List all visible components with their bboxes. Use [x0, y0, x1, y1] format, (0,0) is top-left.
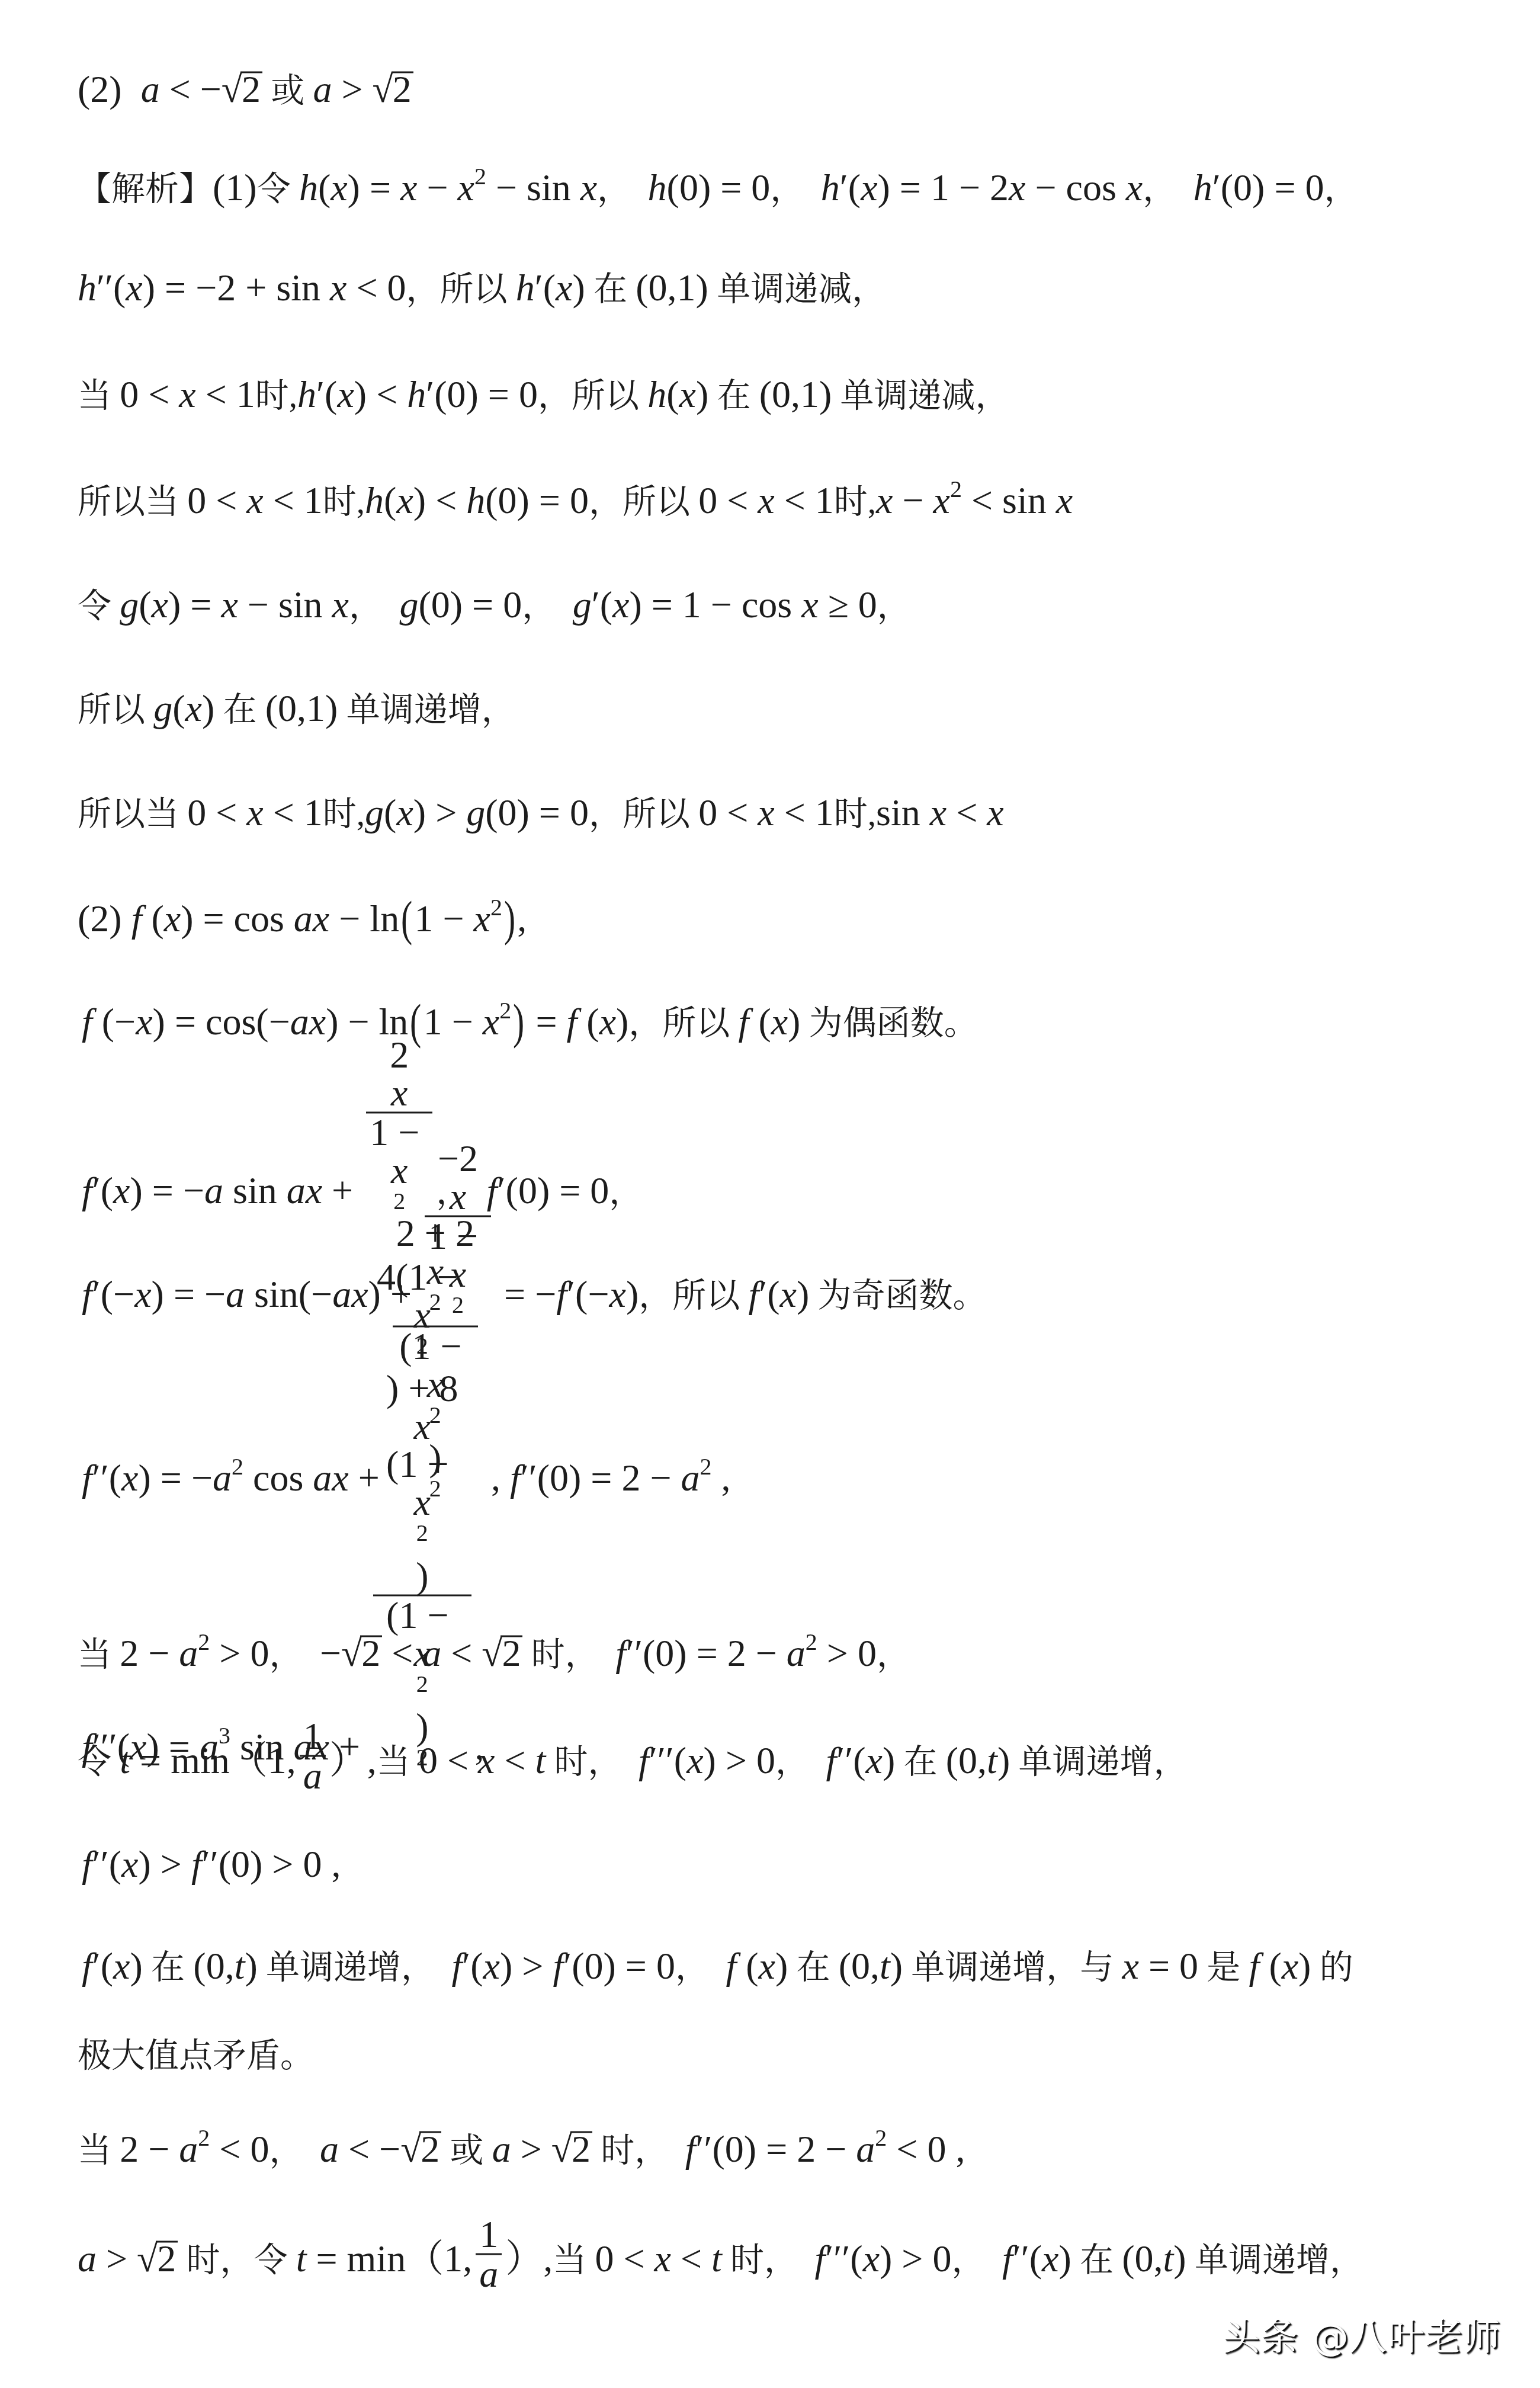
chinese-text: 令	[257, 171, 299, 208]
math-text: 0 <	[595, 2238, 654, 2280]
math-text: （1,	[230, 1739, 296, 1781]
math-variable: a	[422, 1632, 441, 1674]
chinese-text: 单调递增，	[258, 1949, 452, 1986]
chinese-text: 在	[708, 377, 759, 415]
math-text: 0 <	[419, 1739, 478, 1781]
math-text: )	[1298, 1945, 1311, 1987]
math-variable: a	[303, 1755, 322, 1797]
math-text: <	[947, 791, 987, 834]
contradiction-line: 极大值点矛盾。	[78, 2033, 314, 2080]
chinese-text: 当	[78, 1636, 120, 1674]
math-variable: h	[299, 166, 318, 209]
radicand: 2	[570, 2131, 592, 2165]
math-variable: a	[179, 1632, 198, 1674]
math-text: ′(	[92, 1945, 113, 1987]
math-variable: a	[681, 1457, 700, 1499]
math-variable: x	[1282, 1945, 1298, 1987]
chinese-text: 时,	[323, 796, 365, 833]
math-text: − sin	[486, 166, 580, 209]
math-text: ) = cos	[181, 897, 294, 940]
math-variable: f	[1002, 2238, 1013, 2280]
chinese-text: 为偶函数。	[800, 1005, 977, 1042]
math-text: ,	[482, 1457, 510, 1499]
superscript: 2	[416, 1332, 428, 1359]
fraction-numerator: 2 x	[366, 1036, 432, 1114]
math-variable: x	[179, 373, 195, 415]
math-variable: f	[82, 1945, 92, 1987]
math-variable: x	[331, 166, 347, 209]
math-text: ) =	[168, 584, 221, 626]
math-text: ′(	[840, 166, 861, 209]
math-variable: h	[516, 267, 535, 309]
math-text: (0,	[839, 1945, 880, 1987]
fraction-numerator: −2 x	[425, 1140, 491, 1217]
math-text: ′(	[462, 1945, 483, 1987]
math-variable: a	[787, 1632, 806, 1674]
math-text: ′′′(	[649, 1739, 686, 1781]
math-variable: x	[987, 791, 1003, 834]
case-positive-line: 当 2 − a 2 > 0 ， −√ 2 < a < √ 2 时， f ′′(0…	[78, 1630, 910, 1679]
math-text: <	[382, 1632, 422, 1674]
chinese-text: ，	[349, 588, 400, 625]
chinese-text: 时,	[834, 796, 876, 833]
chinese-text: 时,	[323, 483, 365, 521]
math-text: ) >	[413, 791, 466, 834]
math-variable: t	[535, 1739, 546, 1781]
math-text: 1 −	[414, 897, 473, 940]
math-text: > 0	[817, 1632, 877, 1674]
chinese-text: 或	[262, 72, 313, 110]
chinese-text: ，	[951, 2242, 1002, 2279]
case-positive-t-line: 令 t = min （1, 1 a ）, 当 0 < x < t 时， f ′′…	[78, 1717, 1187, 1795]
superscript: 2	[499, 997, 511, 1024]
math-variable: a	[492, 2128, 511, 2170]
chinese-text: 令	[78, 1743, 120, 1781]
math-variable: f	[82, 1843, 92, 1885]
chinese-text: ，	[877, 588, 911, 625]
chinese-text: 所以	[78, 691, 153, 729]
h-second-derivative-line: h ′′( x ) = −2 + sin x < 0 ，所以 h ′( x ) …	[78, 264, 885, 313]
math-variable: x	[450, 1175, 466, 1217]
math-variable: f	[685, 2128, 696, 2170]
math-text: (2)	[78, 897, 131, 940]
math-text: ）,	[329, 1739, 377, 1781]
math-variable: x	[474, 897, 490, 940]
math-variable: x	[221, 584, 238, 626]
superscript: 2	[875, 2124, 887, 2151]
math-variable: x	[458, 166, 474, 209]
math-text: ′′(0) = 2 −	[696, 2128, 856, 2170]
fraction-numerator: 1	[476, 2216, 502, 2255]
case-negative-t-line: a > √ 2 时，令 t = min （1, 1 a ）, 当 0 < x <…	[78, 2216, 1363, 2293]
math-variable: x	[414, 1481, 431, 1523]
math-variable: x	[246, 791, 263, 834]
chinese-text: ，所以	[589, 796, 698, 833]
chinese-text: ，	[877, 1636, 910, 1674]
math-text: 0 <	[187, 791, 246, 834]
math-text: )	[1058, 2238, 1071, 2280]
superscript: 2	[198, 1629, 210, 1655]
math-text: − cos	[1025, 166, 1125, 209]
math-text: <	[671, 2238, 711, 2280]
math-variable: x	[780, 1273, 797, 1315]
math-variable: x	[330, 267, 346, 309]
chinese-text: 所以当	[78, 796, 187, 833]
math-text: )	[890, 1945, 903, 1987]
math-variable: h	[647, 373, 666, 415]
math-variable: h	[365, 479, 384, 521]
math-variable: h	[821, 166, 840, 209]
superscript: 2	[198, 2124, 210, 2151]
chinese-text: 所以当	[78, 483, 187, 521]
math-text: ≥ 0	[819, 584, 877, 626]
math-variable: x	[933, 479, 950, 521]
math-text: 2 + 2	[396, 1212, 474, 1254]
math-text: ) =	[348, 166, 400, 209]
math-text: > √	[97, 2238, 158, 2280]
math-text: < √	[441, 1632, 502, 1674]
f-increasing-line: f ′( x ) 在 (0, t ) 单调递增， f ′( x ) > f ′(…	[82, 1943, 1353, 1992]
chinese-text: 当	[78, 377, 120, 415]
superscript: 2	[490, 894, 502, 921]
math-text: ′′(0) = 2 −	[626, 1632, 787, 1674]
chinese-text: 时，	[546, 1743, 639, 1781]
math-variable: ax	[294, 897, 329, 940]
part2-f-definition-line: (2) f ( x ) = cos ax − ln ( 1 − x 2 ) ,	[78, 895, 527, 943]
math-variable: g	[153, 687, 172, 729]
math-text: − sin	[238, 584, 332, 626]
math-text: ′(	[759, 1273, 779, 1315]
math-text: ) > 0	[880, 2238, 951, 2280]
math-variable: x	[654, 2238, 671, 2280]
chinese-text: ，	[522, 588, 573, 625]
chinese-text: 时,	[834, 483, 876, 521]
chinese-text: 的	[1311, 1949, 1353, 1986]
math-text: < 1	[775, 479, 834, 521]
fraction: 1 a	[476, 2216, 502, 2293]
math-text: (	[318, 166, 331, 209]
math-variable: t	[235, 1945, 245, 1987]
radicand: 2	[392, 72, 413, 105]
math-variable: x	[164, 897, 181, 940]
math-text: )	[788, 1001, 800, 1043]
math-variable: a	[479, 2253, 498, 2295]
chinese-text: ，	[597, 171, 648, 208]
document-page: (2) a < −√ 2 或 a > √ 2 【解析】 (1) 令 h ( x …	[0, 0, 1540, 2388]
math-text: )	[775, 1945, 788, 1987]
chinese-text: ，	[269, 1636, 320, 1674]
superscript: 2	[700, 1453, 712, 1480]
math-variable: x	[1009, 166, 1025, 209]
chinese-text: 时，	[592, 2132, 685, 2169]
chinese-text: ，所以	[589, 483, 698, 521]
math-text: ) >	[139, 1843, 191, 1885]
math-variable: h	[466, 479, 485, 521]
math-text: < −√	[160, 68, 242, 110]
math-text: < 1	[264, 791, 323, 834]
math-variable: x	[758, 1945, 775, 1987]
math-variable: x	[876, 479, 893, 521]
math-variable: x	[113, 1945, 130, 1987]
math-text: ′(	[535, 267, 556, 309]
math-variable: x	[483, 1945, 500, 1987]
chinese-text: 在	[895, 1743, 946, 1781]
math-text: ,	[517, 897, 527, 940]
math-text: < 0	[887, 2128, 946, 2170]
math-variable: x	[414, 1405, 431, 1447]
math-variable: a	[141, 68, 160, 110]
math-variable: x	[400, 166, 417, 209]
math-variable: h	[78, 267, 97, 309]
math-text: (	[172, 687, 185, 729]
math-variable: x	[863, 2238, 880, 2280]
chinese-text: 令	[78, 588, 120, 625]
chinese-text: 或	[441, 2132, 492, 2169]
math-variable: x	[930, 791, 947, 834]
chinese-text: 当	[377, 1743, 419, 1781]
math-text: 0 <	[187, 479, 246, 521]
math-variable: x	[121, 1843, 138, 1885]
math-text: > √	[332, 68, 393, 110]
radicand: 2	[156, 2241, 178, 2275]
math-text: )	[696, 373, 708, 415]
math-variable: t	[880, 1945, 890, 1987]
math-text: (0,	[193, 1945, 234, 1987]
math-variable: x	[478, 1739, 495, 1781]
math-variable: x	[396, 791, 413, 834]
math-text: (0,1)	[636, 267, 708, 309]
math-variable: f	[726, 1945, 736, 1987]
math-text: ′′(	[97, 267, 126, 309]
math-variable: x	[556, 267, 572, 309]
math-variable: f	[1249, 1945, 1260, 1987]
math-variable: h	[648, 166, 667, 209]
watermark: 头条 @八叶老师	[1223, 2308, 1501, 2361]
math-variable: x	[866, 1739, 883, 1781]
math-variable: x	[396, 479, 413, 521]
math-variable: h	[297, 373, 316, 415]
math-variable: t	[1163, 2238, 1174, 2280]
math-text: 2 −	[120, 1632, 179, 1674]
math-variable: a	[856, 2128, 875, 2170]
chinese-text: 在	[788, 1949, 839, 1986]
math-text: > √	[511, 2128, 572, 2170]
math-variable: f	[191, 1843, 202, 1885]
math-variable: x	[679, 373, 696, 415]
math-text: ) = 1 − 2	[878, 166, 1009, 209]
math-variable: f	[639, 1739, 649, 1781]
math-text: = 0	[1139, 1945, 1198, 1987]
math-text: ,	[322, 1843, 341, 1885]
math-variable: f	[748, 1273, 759, 1315]
math-text: (0,1)	[759, 373, 832, 415]
math-variable: x	[414, 1294, 431, 1336]
math-text: )	[572, 267, 585, 309]
math-variable: x	[332, 584, 349, 626]
math-text: ) + 8	[386, 1367, 458, 1409]
math-text: (	[384, 479, 396, 521]
math-variable: x	[126, 267, 142, 309]
math-text: (0,	[1122, 2238, 1163, 2280]
h-prime-negative-line: 当 0 < x < 1 时, h ′( x ) < h ′(0) = 0 ，所以…	[78, 371, 1009, 420]
math-text: （1,	[406, 2238, 472, 2280]
math-text: ′(0) = 0	[1212, 166, 1324, 209]
math-text: ) <	[413, 479, 466, 521]
math-variable: x	[337, 373, 354, 415]
radicand: 2	[500, 1636, 522, 1669]
superscript: 2	[950, 476, 962, 502]
math-text: )	[997, 1739, 1010, 1781]
chinese-text: 在	[585, 271, 636, 308]
math-text: ）,	[505, 2238, 553, 2280]
math-variable: g	[365, 791, 384, 834]
chinese-text: ，	[675, 1949, 726, 1986]
fraction: 1 a	[300, 1717, 326, 1795]
math-variable: t	[296, 2238, 307, 2280]
math-text: (0) = 0	[418, 584, 522, 626]
chinese-text: 时，	[722, 2242, 815, 2279]
math-text: < 1	[264, 479, 323, 521]
math-text: sin	[876, 791, 930, 834]
math-text: 1	[479, 2213, 498, 2255]
chinese-text: 在	[214, 691, 265, 729]
math-variable: x	[1122, 1945, 1139, 1987]
math-text: −√	[320, 1632, 362, 1674]
fraction-numerator: 1	[300, 1717, 326, 1757]
math-text: )	[1173, 2238, 1186, 2280]
math-variable: g	[573, 584, 592, 626]
math-text: ) >	[500, 1945, 553, 1987]
radicand: 2	[240, 72, 262, 105]
chinese-text: 单调递增，	[1186, 2242, 1363, 2279]
fraction-denominator: a	[300, 1757, 326, 1795]
math-variable: f	[510, 1457, 521, 1499]
math-variable: f	[553, 1945, 563, 1987]
math-variable: f	[615, 1632, 626, 1674]
chinese-text: 时，	[522, 1636, 615, 1674]
math-variable: x	[771, 1001, 788, 1043]
math-text: < sin	[962, 479, 1056, 521]
math-text: ,	[712, 1457, 731, 1499]
math-text: 2	[390, 1034, 409, 1076]
big-paren-close: )	[504, 888, 515, 950]
math-text: (0,	[946, 1739, 987, 1781]
math-text: ,	[946, 2128, 965, 2170]
math-text: ′′(0) = 2 −	[521, 1457, 681, 1499]
superscript: 2	[806, 1629, 817, 1655]
math-text: (	[142, 897, 163, 940]
math-text: ′′(	[836, 1739, 865, 1781]
math-variable: x	[391, 1072, 408, 1114]
math-variable: g	[466, 791, 485, 834]
math-text: ) > 0	[704, 1739, 775, 1781]
g-definition-line: 令 g ( x ) = x − sin x ， g (0) = 0 ， g ′(…	[78, 581, 911, 630]
math-variable: f	[131, 897, 142, 940]
chinese-text: 单调递增，	[1010, 1743, 1187, 1781]
chinese-text: ，	[1143, 171, 1193, 208]
chinese-text: ，	[269, 2132, 320, 2169]
math-text: ) = −2 + sin	[143, 267, 330, 309]
math-variable: x	[758, 791, 774, 834]
math-text: )	[245, 1945, 257, 1987]
chinese-text: 在	[1071, 2242, 1122, 2279]
chinese-text: 在	[143, 1949, 194, 1986]
chinese-text: 单调递减，	[708, 271, 885, 308]
math-text: < 0	[346, 267, 406, 309]
sin-bound-conclusion-line: 所以当 0 < x < 1 时, g ( x ) > g (0) = 0 ，所以…	[78, 789, 1004, 838]
chinese-text: ，	[770, 171, 821, 208]
math-variable: x	[246, 479, 263, 521]
math-text: ′(	[592, 584, 612, 626]
math-text: (	[1259, 1945, 1281, 1987]
math-text: = min	[130, 1739, 230, 1781]
math-variable: a	[313, 68, 332, 110]
chinese-text: 单调递减，	[832, 377, 1009, 415]
big-paren-open: (	[401, 888, 412, 950]
chinese-text: 当	[78, 2132, 120, 2169]
math-text: 1	[303, 1715, 322, 1757]
math-text: = min	[307, 2238, 406, 2280]
math-variable: x	[580, 166, 597, 209]
math-variable: x	[152, 584, 168, 626]
case-negative-line: 当 2 − a 2 < 0 ， a < −√ 2 或 a > √ 2 时， f …	[78, 2126, 965, 2175]
superscript: 2	[416, 1520, 428, 1546]
fraction-denominator: a	[476, 2255, 502, 2293]
math-variable: x	[861, 166, 877, 209]
chinese-text: 时，令	[178, 2242, 296, 2279]
f-third-derivative-line: f ′′′( x ) = a 3 sin ax + 4(1 − x 2 ) + …	[82, 1258, 485, 1781]
math-text: 0 <	[698, 479, 758, 521]
math-text: −	[893, 479, 933, 521]
fraction: 4(1 − x 2 ) + 8 x (1 + x 2 ) (1 − x 2 ) …	[373, 1258, 471, 1781]
math-variable: x	[1126, 166, 1143, 209]
math-text: ′(0) = 0	[563, 1945, 675, 1987]
math-text: ′′(0) > 0	[202, 1843, 322, 1885]
math-text: −	[417, 166, 457, 209]
math-variable: g	[120, 584, 139, 626]
chinese-text: 极大值点矛盾。	[78, 2037, 314, 2075]
math-text: (2)	[78, 68, 141, 110]
math-text: (	[384, 791, 396, 834]
math-text: < 1	[196, 373, 255, 415]
math-text: (	[666, 373, 679, 415]
math-text: )	[797, 1273, 809, 1315]
math-text: )	[202, 687, 214, 729]
h-negative-conclusion-line: 所以当 0 < x < 1 时, h ( x ) < h (0) = 0 ，所以…	[78, 477, 1073, 526]
math-variable: t	[120, 1739, 130, 1781]
math-text: (1 +	[386, 1443, 458, 1485]
math-text: 2 −	[120, 2128, 179, 2170]
chinese-text: ，	[775, 1743, 826, 1781]
math-text: < −√	[339, 2128, 421, 2170]
math-text: 0 <	[698, 791, 758, 834]
math-text: ) = 1 − cos	[629, 584, 801, 626]
math-text: ′(	[316, 373, 337, 415]
f-second-positive-line: f ′′( x ) > f ′′(0) > 0 ,	[82, 1841, 341, 1888]
chinese-text: 当	[553, 2242, 595, 2279]
chinese-text: 时,	[255, 377, 297, 415]
math-variable: x	[1042, 2238, 1058, 2280]
math-variable: x	[1056, 479, 1073, 521]
math-variable: g	[399, 584, 418, 626]
chinese-text: 是	[1198, 1949, 1249, 1986]
math-text: )	[883, 1739, 895, 1781]
math-variable: x	[686, 1739, 703, 1781]
analysis-label: 【解析】	[78, 171, 213, 208]
math-variable: a	[179, 2128, 198, 2170]
math-text: < 0	[210, 2128, 269, 2170]
math-variable: t	[711, 2238, 722, 2280]
